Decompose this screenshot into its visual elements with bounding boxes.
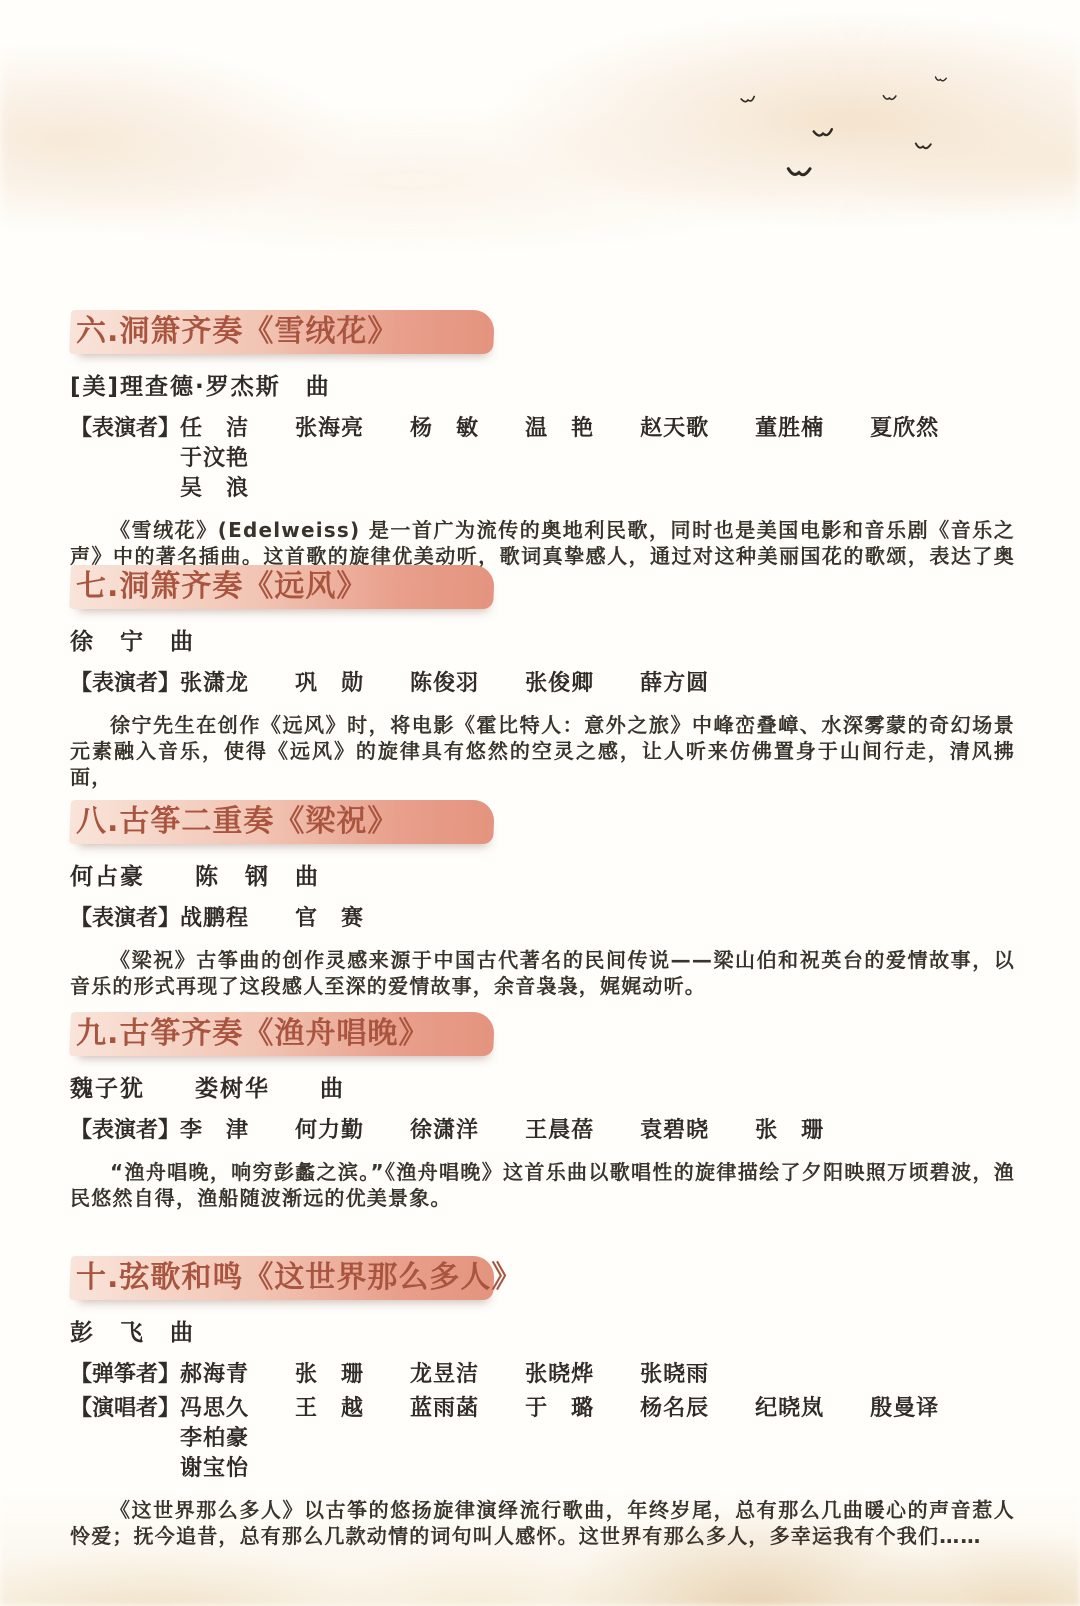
performer-name: 李柏豪 [180,1424,249,1454]
performer-name: 薛方圆 [640,669,709,699]
performer-names-line: 张潇龙巩 勋陈俊羽张俊卿薛方圆 [180,669,1015,699]
performer-name: 张晓烨 [525,1360,594,1390]
piece-description: 《梁祝》古筝曲的创作灵感来源于中国古代著名的民间传说——梁山伯和祝英台的爱情故事… [70,947,1015,999]
performer-names-line: 任 洁张海亮杨 敏温 艳赵天歌董胜楠夏欣然于汶艳 [180,414,1015,474]
composer-line: 彭 飞 曲 [70,1314,1015,1347]
section-title: 十.弦歌和鸣《这世界那么多人》 [70,1256,494,1300]
performers-label: 【表演者】 [70,904,180,934]
performer-name: 战鹏程 [180,904,249,934]
performer-name: 冯思久 [180,1394,249,1424]
bird-icon [914,141,933,152]
section-title: 八.古筝二重奏《梁祝》 [70,800,494,844]
performer-name: 殷曼译 [870,1394,939,1424]
section-title: 七.洞箫齐奏《远风》 [70,565,494,609]
performers-label: 【表演者】 [70,414,180,444]
performer-name: 任 洁 [180,414,249,444]
performer-name: 吴 浪 [180,474,249,504]
program-item-7: 七.洞箫齐奏《远风》 徐 宁 曲 【表演者】 张潇龙巩 勋陈俊羽张俊卿薛方圆 徐… [70,565,1015,790]
performer-name: 赵天歌 [640,414,709,444]
composer-line: 何占豪 陈 钢 曲 [70,858,1015,891]
performers-label: 【弹筝者】 [70,1360,180,1390]
program-item-10: 十.弦歌和鸣《这世界那么多人》 彭 飞 曲 【弹筝者】 郝海青张 珊龙昱洁张晓烨… [70,1256,1015,1549]
composer-line: [美]理查德·罗杰斯 曲 [70,368,1015,401]
performer-name: 龙昱洁 [410,1360,479,1390]
performers-label: 【表演者】 [70,669,180,699]
performers-row: 【表演者】 李 津何力勤徐潇洋王晨蓓袁碧晓张 珊 [70,1116,1015,1146]
bird-icon [812,127,835,140]
section-title-band: 七.洞箫齐奏《远风》 [70,565,494,609]
performer-name: 杨名辰 [640,1394,709,1424]
performers-row: 【表演者】 张潇龙巩 勋陈俊羽张俊卿薛方圆 [70,669,1015,699]
composer-line: 魏子犹 娄树华 曲 [70,1070,1015,1103]
performer-name: 于汶艳 [180,444,249,474]
performers-row: 【表演者】 战鹏程官 赛 [70,904,1015,934]
performer-name: 夏欣然 [870,414,939,444]
performer-name: 蓝雨菡 [410,1394,479,1424]
performer-names: 任 洁张海亮杨 敏温 艳赵天歌董胜楠夏欣然于汶艳 吴 浪 [180,414,1015,504]
performer-name: 于 璐 [525,1394,594,1424]
piece-description: 《这世界那么多人》以古筝的悠扬旋律演绎流行歌曲，年终岁尾，总有那么几曲暖心的声音… [70,1497,1015,1549]
performer-name: 张 珊 [755,1116,824,1146]
performer-name: 董胜楠 [755,414,824,444]
performer-name: 张俊卿 [525,669,594,699]
performer-name: 张潇龙 [180,669,249,699]
section-title-band: 九.古筝齐奏《渔舟唱晚》 [70,1012,494,1056]
piece-description: 徐宁先生在创作《远风》时，将电影《霍比特人：意外之旅》中峰峦叠嶂、水深雾蒙的奇幻… [70,712,1015,790]
performer-name: 王 越 [295,1394,364,1424]
performer-names-line: 战鹏程官 赛 [180,904,1015,934]
piece-description: “渔舟唱晚，响穷彭蠡之滨。”《渔舟唱晚》这首乐曲以歌唱性的旋律描绘了夕阳映照万顷… [70,1159,1015,1211]
performer-name: 陈俊羽 [410,669,479,699]
performer-name: 李 津 [180,1116,249,1146]
performer-name: 张海亮 [295,414,364,444]
performer-name: 巩 勋 [295,669,364,699]
performer-names: 李 津何力勤徐潇洋王晨蓓袁碧晓张 珊 [180,1116,1015,1146]
program-item-9: 九.古筝齐奏《渔舟唱晚》 魏子犹 娄树华 曲 【表演者】 李 津何力勤徐潇洋王晨… [70,1012,1015,1211]
performer-name: 何力勤 [295,1116,364,1146]
performer-names-line: 冯思久王 越蓝雨菡于 璐杨名辰纪晓岚殷曼译李柏豪 [180,1394,1015,1454]
performer-names: 冯思久王 越蓝雨菡于 璐杨名辰纪晓岚殷曼译李柏豪 谢宝怡 [180,1394,1015,1484]
composer-line: 徐 宁 曲 [70,623,1015,656]
bird-icon [882,93,898,102]
performers-label: 【演唱者】 [70,1394,180,1424]
performer-name: 张晓雨 [640,1360,709,1390]
performer-name: 杨 敏 [410,414,479,444]
performer-name: 徐潇洋 [410,1116,479,1146]
performer-names-line: 谢宝怡 [180,1454,1015,1484]
performer-name: 王晨蓓 [525,1116,594,1146]
section-title: 九.古筝齐奏《渔舟唱晚》 [70,1012,494,1056]
performer-name: 袁碧晓 [640,1116,709,1146]
performer-names-line: 吴 浪 [180,474,1015,504]
performers-label: 【表演者】 [70,1116,180,1146]
zheng-players-row: 【弹筝者】 郝海青张 珊龙昱洁张晓烨张晓雨 [70,1360,1015,1390]
performer-names: 张潇龙巩 勋陈俊羽张俊卿薛方圆 [180,669,1015,699]
section-title: 六.洞箫齐奏《雪绒花》 [70,310,494,354]
performer-name: 温 艳 [525,414,594,444]
section-title-band: 十.弦歌和鸣《这世界那么多人》 [70,1256,494,1300]
program-item-8: 八.古筝二重奏《梁祝》 何占豪 陈 钢 曲 【表演者】 战鹏程官 赛 《梁祝》古… [70,800,1015,999]
program-item-6: 六.洞箫齐奏《雪绒花》 [美]理查德·罗杰斯 曲 【表演者】 任 洁张海亮杨 敏… [70,310,1015,595]
performer-names: 郝海青张 珊龙昱洁张晓烨张晓雨 [180,1360,1015,1390]
performer-name: 郝海青 [180,1360,249,1390]
performer-name: 张 珊 [295,1360,364,1390]
performer-name: 纪晓岚 [755,1394,824,1424]
bird-icon [740,95,757,105]
performer-name: 谢宝怡 [180,1454,249,1484]
bird-icon [933,75,947,84]
performer-names-line: 李 津何力勤徐潇洋王晨蓓袁碧晓张 珊 [180,1116,1015,1146]
bird-icon [786,165,813,179]
performer-names: 战鹏程官 赛 [180,904,1015,934]
section-title-band: 八.古筝二重奏《梁祝》 [70,800,494,844]
section-title-band: 六.洞箫齐奏《雪绒花》 [70,310,494,354]
performers-row: 【表演者】 任 洁张海亮杨 敏温 艳赵天歌董胜楠夏欣然于汶艳 吴 浪 [70,414,1015,504]
performer-names-line: 郝海青张 珊龙昱洁张晓烨张晓雨 [180,1360,1015,1390]
performer-name: 官 赛 [295,904,364,934]
singers-row: 【演唱者】 冯思久王 越蓝雨菡于 璐杨名辰纪晓岚殷曼译李柏豪 谢宝怡 [70,1394,1015,1484]
